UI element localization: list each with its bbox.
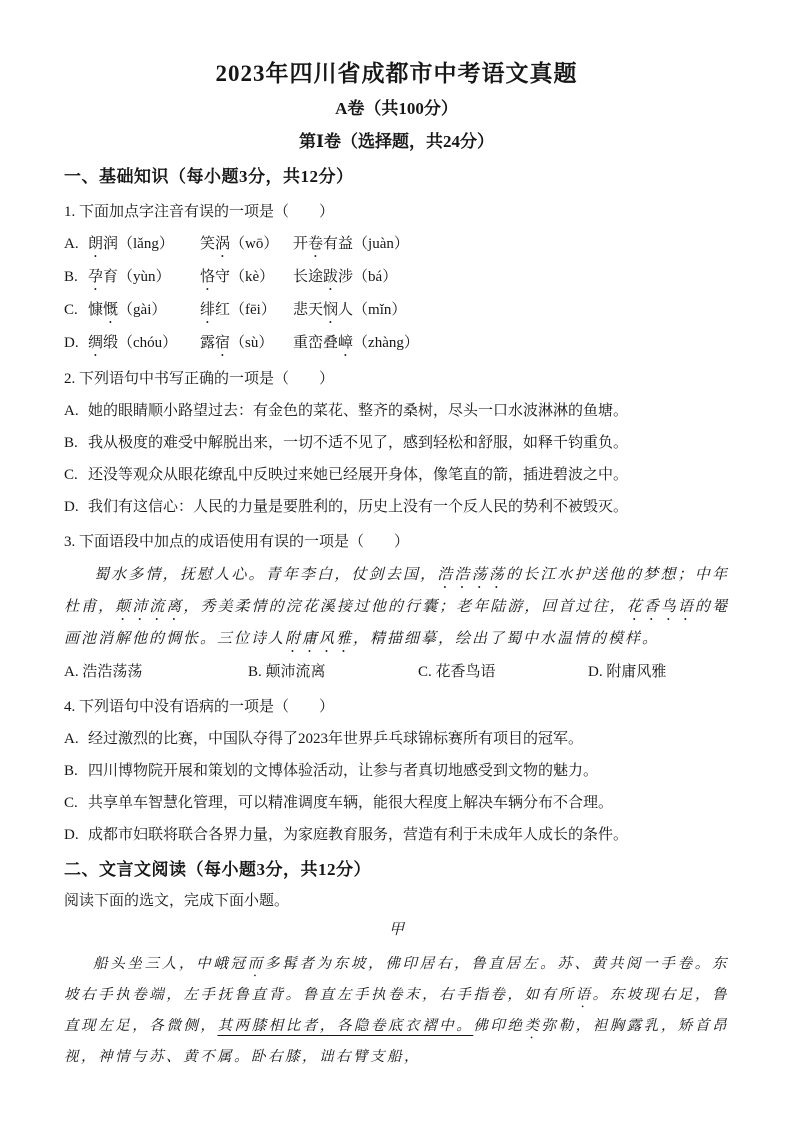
inline-option: C. 花香鸟语 — [418, 656, 588, 688]
option-letter: C. — [64, 459, 88, 491]
option-letter: A. — [64, 395, 88, 427]
text-segment: 长途 — [293, 269, 323, 285]
pinyin-word: 慷慨（gài） — [88, 294, 200, 327]
dotted-text: 花香鸟语 — [627, 599, 695, 615]
reading-instruction: 阅读下面的选文，完成下面小题。 — [64, 886, 729, 916]
text-segment: 船头坐三人，中峨冠 — [93, 956, 248, 972]
option-row: D.成都市妇联将联合各界力量，为家庭教育服务，营造有利于未成年人成长的条件。 — [64, 819, 729, 851]
option-row: A.她的眼睛顺小路望过去：有金色的菜花、整齐的桑树，尽头一口水波淋淋的鱼塘。 — [64, 395, 729, 427]
dotted-text: 恪 — [200, 269, 215, 285]
inline-option: A. 浩浩荡荡 — [64, 656, 248, 688]
text-segment: ，秀美柔情的浣花溪接过他的行囊；老年陆游，回首过往， — [183, 599, 626, 615]
text-segment: （wō） — [230, 236, 278, 252]
option-text: 附庸风雅 — [606, 664, 666, 680]
text-segment: 露 — [200, 335, 215, 351]
option-row: A.朗润（lǎng）笑涡（wō）开卷有益（juàn） — [64, 228, 729, 261]
dotted-text: 类 — [524, 1018, 541, 1034]
pinyin-word: 开卷有益（juàn） — [293, 236, 409, 252]
option-row: D.绸缎（chóu）露宿（sù）重峦叠嶂（zhàng） — [64, 327, 729, 360]
question-2: 2. 下列语句中书写正确的一项是（ ）A.她的眼睛顺小路望过去：有金色的菜花、整… — [64, 363, 729, 523]
question-stem: 2. 下列语句中书写正确的一项是（ ） — [64, 363, 729, 395]
inline-option: B. 颠沛流离 — [248, 656, 418, 688]
option-letter: C. — [64, 787, 88, 819]
dotted-text: 附庸风雅 — [285, 631, 353, 647]
option-row: B.孕育（yùn）恪守（kè）长途跋涉（bá） — [64, 261, 729, 294]
option-text: 经过激烈的比赛，中国队夺得了2023年世界乒乓球锦标赛所有项目的冠军。 — [88, 731, 583, 747]
text-segment: 红（fēi） — [215, 302, 276, 318]
pinyin-word: 笑涡（wō） — [200, 228, 293, 261]
option-letter: A. — [64, 228, 88, 260]
option-row: B.四川博物院开展和策划的文博体验活动，让参与者真切地感受到文物的魅力。 — [64, 755, 729, 787]
part-1-heading: 第Ⅰ卷（选择题，共24分） — [64, 125, 729, 158]
option-text: 花香鸟语 — [436, 664, 496, 680]
text-segment: （gài） — [118, 302, 166, 318]
dotted-text: 嶂 — [338, 335, 353, 351]
questions-area: 1. 下面加点字注音有误的一项是（ ）A.朗润（lǎng）笑涡（wō）开卷有益（… — [64, 196, 729, 851]
text-segment: 缎（chóu） — [103, 335, 177, 351]
document-title: 2023年四川省成都市中考语文真题 — [64, 56, 729, 92]
text-segment: 开 — [293, 236, 308, 252]
volume-a-heading: A卷（共100分） — [64, 92, 729, 125]
option-letter: D. — [588, 664, 606, 680]
option-row: C.共享单车智慧化管理，可以精准调度车辆，能很大程度上解决车辆分布不合理。 — [64, 787, 729, 819]
text-segment: ，精描细摹，绘出了蜀中水温情的模样。 — [353, 631, 659, 647]
option-row: D.我们有这信心：人民的力量是要胜利的，历史上没有一个反人民的势利不被毁灭。 — [64, 491, 729, 523]
pinyin-word: 绸缎（chóu） — [88, 327, 200, 360]
text-segment: （sù） — [230, 335, 273, 351]
option-letter: B. — [64, 755, 88, 787]
option-row: C.慷慨（gài）绯红（fēi）悲天悯人（mǐn） — [64, 294, 729, 327]
dotted-text: 而 — [248, 956, 265, 972]
dotted-text: 卷 — [308, 236, 323, 252]
dotted-text: 朗 — [88, 236, 103, 252]
question-1: 1. 下面加点字注音有误的一项是（ ）A.朗润（lǎng）笑涡（wō）开卷有益（… — [64, 196, 729, 360]
text-segment: 有益（juàn） — [323, 236, 409, 252]
text-segment: 守（kè） — [215, 269, 274, 285]
text-segment: 悲天 — [293, 302, 323, 318]
option-letter: D. — [64, 491, 88, 523]
pinyin-word: 孕育（yùn） — [88, 261, 200, 294]
classical-passage: 船头坐三人，中峨冠而多髯者为东坡，佛印居右，鲁直居左。苏、黄共阅一手卷。东坡右手… — [64, 949, 729, 1072]
option-row: C.还没等观众从眼花缭乱中反映过来她已经展开身体，像笔直的箭，插进碧波之中。 — [64, 459, 729, 491]
document-content: 2023年四川省成都市中考语文真题 A卷（共100分） 第Ⅰ卷（选择题，共24分… — [0, 0, 793, 1072]
dotted-text: 悯 — [323, 302, 338, 318]
text-segment: 人（mǐn） — [338, 302, 406, 318]
question-stem: 3. 下面语段中加点的成语使用有误的一项是（ ） — [64, 526, 729, 558]
option-letter: A. — [64, 723, 88, 755]
option-text: 我从极度的难受中解脱出来，一切不适不见了，感到轻松和舒服，如释千钧重负。 — [88, 435, 628, 451]
pinyin-word: 绯红（fēi） — [200, 294, 293, 327]
section-1-heading: 一、基础知识（每小题3分，共12分） — [64, 160, 729, 193]
dotted-text: 涡 — [215, 236, 230, 252]
option-text: 浩浩荡荡 — [82, 664, 142, 680]
option-letter: D. — [64, 819, 88, 851]
dotted-text: 慨 — [103, 302, 118, 318]
option-letter: C. — [64, 294, 88, 326]
text-segment: 慷 — [88, 302, 103, 318]
text-segment: 润（lǎng） — [103, 236, 174, 252]
dotted-text: 颠沛流离 — [115, 599, 183, 615]
inline-option: D. 附庸风雅 — [588, 664, 666, 680]
question-stem: 1. 下面加点字注音有误的一项是（ ） — [64, 196, 729, 228]
pinyin-word: 重峦叠嶂（zhàng） — [293, 335, 419, 351]
option-row: A.经过激烈的比赛，中国队夺得了2023年世界乒乓球锦标赛所有项目的冠军。 — [64, 723, 729, 755]
question-stem: 4. 下列语句中没有语病的一项是（ ） — [64, 691, 729, 723]
pinyin-word: 恪守（kè） — [200, 261, 293, 294]
underlined-text: 其两膝相比者，各隐卷底衣褶中。 — [217, 1018, 473, 1034]
option-row: B.我从极度的难受中解脱出来，一切不适不见了，感到轻松和舒服，如释千钧重负。 — [64, 427, 729, 459]
dotted-text: 绯 — [200, 302, 215, 318]
option-row: A. 浩浩荡荡B. 颠沛流离C. 花香鸟语D. 附庸风雅 — [64, 656, 729, 688]
idiom-passage: 蜀水多情，抚慰人心。青年李白，仗剑去国，浩浩荡荡的长江水护送他的梦想；中年杜甫，… — [64, 560, 729, 656]
section-2-heading: 二、文言文阅读（每小题3分，共12分） — [64, 853, 729, 886]
option-text: 还没等观众从眼花缭乱中反映过来她已经展开身体，像笔直的箭，插进碧波之中。 — [88, 467, 628, 483]
dotted-text: 浩浩荡荡 — [437, 567, 506, 583]
text-segment: 佛印绝 — [473, 1018, 524, 1034]
option-letter: D. — [64, 327, 88, 359]
dotted-text: 宿 — [215, 335, 230, 351]
dotted-text: 绸 — [88, 335, 103, 351]
dotted-text: 跋 — [323, 269, 338, 285]
option-letter: A. — [64, 664, 82, 680]
dotted-text: 语 — [576, 987, 593, 1003]
text-segment: （zhàng） — [353, 335, 419, 351]
option-text: 成都市妇联将联合各界力量，为家庭教育服务，营造有利于未成年人成长的条件。 — [88, 827, 628, 843]
option-text: 四川博物院开展和策划的文博体验活动，让参与者真切地感受到文物的魅力。 — [88, 763, 598, 779]
text-segment: 重峦叠 — [293, 335, 338, 351]
pinyin-word: 悲天悯人（mǐn） — [293, 302, 406, 318]
option-text: 颠沛流离 — [266, 664, 326, 680]
option-text: 我们有这信心：人民的力量是要胜利的，历史上没有一个反人民的势利不被毁灭。 — [88, 499, 628, 515]
question-4: 4. 下列语句中没有语病的一项是（ ）A.经过激烈的比赛，中国队夺得了2023年… — [64, 691, 729, 851]
pinyin-word: 朗润（lǎng） — [88, 228, 200, 261]
passage-label: 甲 — [64, 916, 729, 945]
dotted-text: 孕 — [88, 269, 103, 285]
exam-document-page: 2023年四川省成都市中考语文真题 A卷（共100分） 第Ⅰ卷（选择题，共24分… — [0, 0, 793, 1122]
text-segment: 育（yùn） — [103, 269, 171, 285]
option-letter: B. — [64, 427, 88, 459]
option-letter: B. — [64, 261, 88, 293]
text-segment: 蜀水多情，抚慰人心。青年李白，仗剑去国， — [94, 567, 437, 583]
option-text: 她的眼睛顺小路望过去：有金色的菜花、整齐的桑树，尽头一口水波淋淋的鱼塘。 — [88, 403, 628, 419]
option-letter: C. — [418, 664, 436, 680]
question-3: 3. 下面语段中加点的成语使用有误的一项是（ ）蜀水多情，抚慰人心。青年李白，仗… — [64, 526, 729, 688]
option-text: 共享单车智慧化管理，可以精准调度车辆，能很大程度上解决车辆分布不合理。 — [88, 795, 613, 811]
pinyin-word: 露宿（sù） — [200, 327, 293, 360]
text-segment: 笑 — [200, 236, 215, 252]
text-segment: 涉（bá） — [338, 269, 397, 285]
pinyin-word: 长途跋涉（bá） — [293, 269, 397, 285]
option-letter: B. — [248, 664, 266, 680]
